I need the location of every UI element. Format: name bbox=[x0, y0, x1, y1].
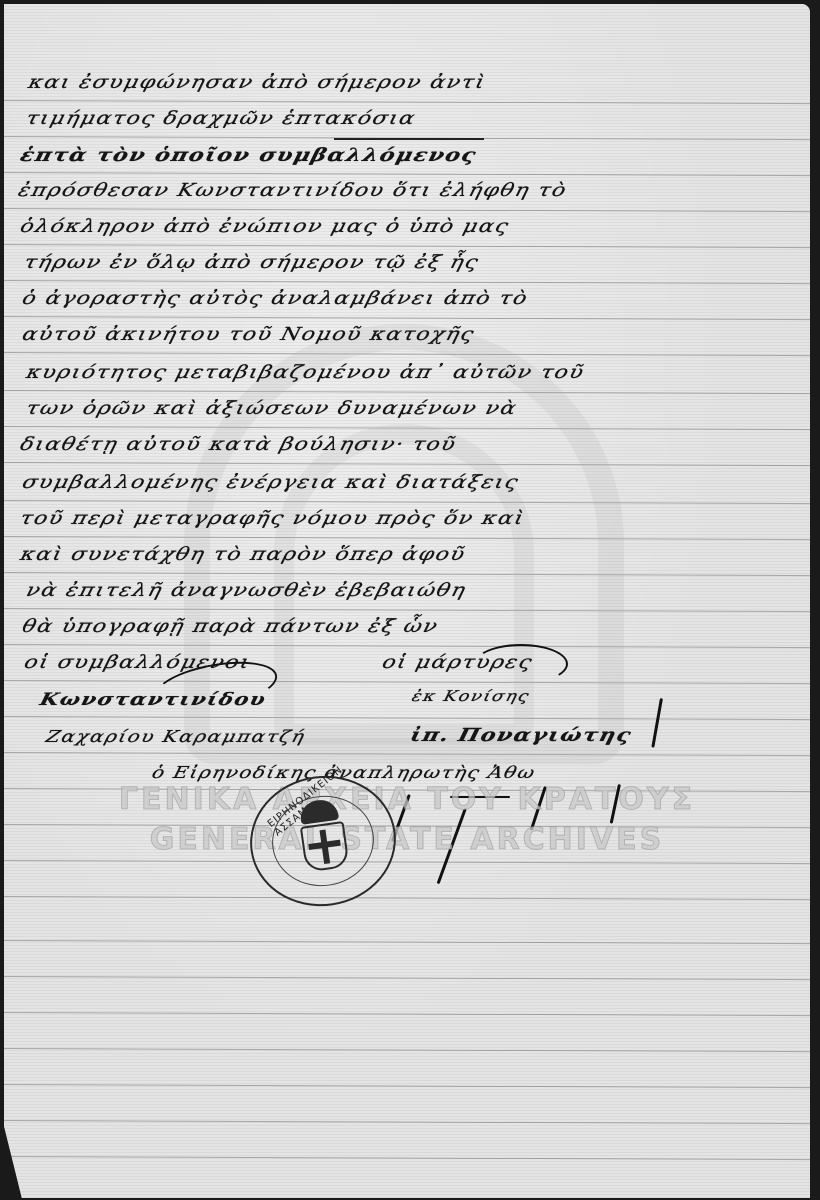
body-line: καὶ συνετάχθη τὸ παρὸν ὅπερ ἀφοῦ bbox=[18, 545, 468, 566]
body-line: διαθέτῃ αὐτοῦ κατὰ βούλησιν· τοῦ bbox=[18, 435, 459, 456]
body-line-text: τιμήματος δραχμῶν ἑπτακόσια bbox=[24, 109, 418, 130]
ruled-line bbox=[4, 1120, 810, 1124]
body-line: τιμήματος δραχμῶν ἑπτακόσια bbox=[24, 109, 418, 130]
body-line: ἑπτὰ τὸν ὁποῖον συμβαλλόμενος bbox=[18, 145, 479, 166]
body-line: συμβαλλομένης ἐνέργεια καὶ διατάξεις bbox=[20, 473, 521, 494]
watermark-greek: ΓΕΝΙΚΑ ΑΡΧΕΙΑ ΤΟΥ ΚΡΑΤΟΥΣ bbox=[4, 782, 810, 817]
body-line: τήρων ἐν ὅλῳ ἀπὸ σήμερον τῷ ἐξ ἧς bbox=[22, 253, 481, 274]
body-line: νὰ ἐπιτελῆ ἀναγνωσθὲν ἐβεβαιώθη bbox=[24, 581, 469, 602]
ruled-line bbox=[4, 976, 810, 980]
ruled-line bbox=[4, 244, 810, 248]
body-line: ὁλόκληρον ἀπὸ ἐνώπιον μας ὁ ὑπὸ μας bbox=[18, 217, 512, 238]
ruled-line bbox=[4, 1084, 810, 1088]
body-line: κυριότητος μεταβιβαζομένου ἀπ᾽ αὐτῶν τοῦ bbox=[24, 363, 587, 384]
watermark-english: GENERAL STATE ARCHIVES bbox=[4, 822, 810, 857]
body-line: ὁ ἀγοραστὴς αὐτὸς ἀναλαμβάνει ἀπὸ τὸ bbox=[20, 289, 531, 310]
ruled-line bbox=[4, 860, 810, 864]
body-line: των ὁρῶν καὶ ἀξιώσεων δυναμένων νὰ bbox=[24, 399, 520, 420]
document-page: και ἐσυμφώνησαν ἀπὸ σήμερον ἀντὶ τιμήματ… bbox=[4, 4, 810, 1198]
ruled-line bbox=[4, 316, 810, 320]
signature-flourish bbox=[474, 644, 568, 684]
signature-party-2: Ζαχαρίου Καραμπατζή bbox=[44, 726, 308, 746]
amount-underline bbox=[334, 138, 484, 140]
ruled-line bbox=[4, 1156, 810, 1160]
body-line: αὐτοῦ ἀκινήτου τοῦ Νομοῦ κατοχῆς bbox=[20, 325, 477, 346]
ruled-line bbox=[4, 100, 810, 104]
ruled-line bbox=[4, 208, 810, 212]
ruled-line bbox=[4, 1012, 810, 1016]
ruled-line bbox=[4, 280, 810, 284]
pen-stroke bbox=[651, 698, 663, 748]
ruled-line bbox=[4, 172, 810, 176]
ruled-line bbox=[4, 940, 810, 944]
signature-witness-2: ἰπ. Ποναγιώτης bbox=[408, 725, 634, 746]
body-line: θὰ ὑπογραφῇ παρὰ πάντων ἐξ ὧν bbox=[20, 617, 441, 638]
signature-witness-1: ἐκ Κονίσης bbox=[410, 688, 532, 705]
ruled-line bbox=[4, 896, 810, 900]
ruled-line bbox=[4, 1048, 810, 1052]
body-line: και ἐσυμφώνησαν ἀπὸ σήμερον ἀντὶ bbox=[26, 73, 488, 94]
body-line: τοῦ περὶ μεταγραφῆς νόμου πρὸς ὅν καὶ bbox=[18, 509, 527, 530]
margin-line bbox=[810, 12, 811, 1200]
body-line: ἐπρόσθεσαν Κωνσταντινίδου ὅτι ἐλήφθη τὸ bbox=[16, 181, 569, 202]
